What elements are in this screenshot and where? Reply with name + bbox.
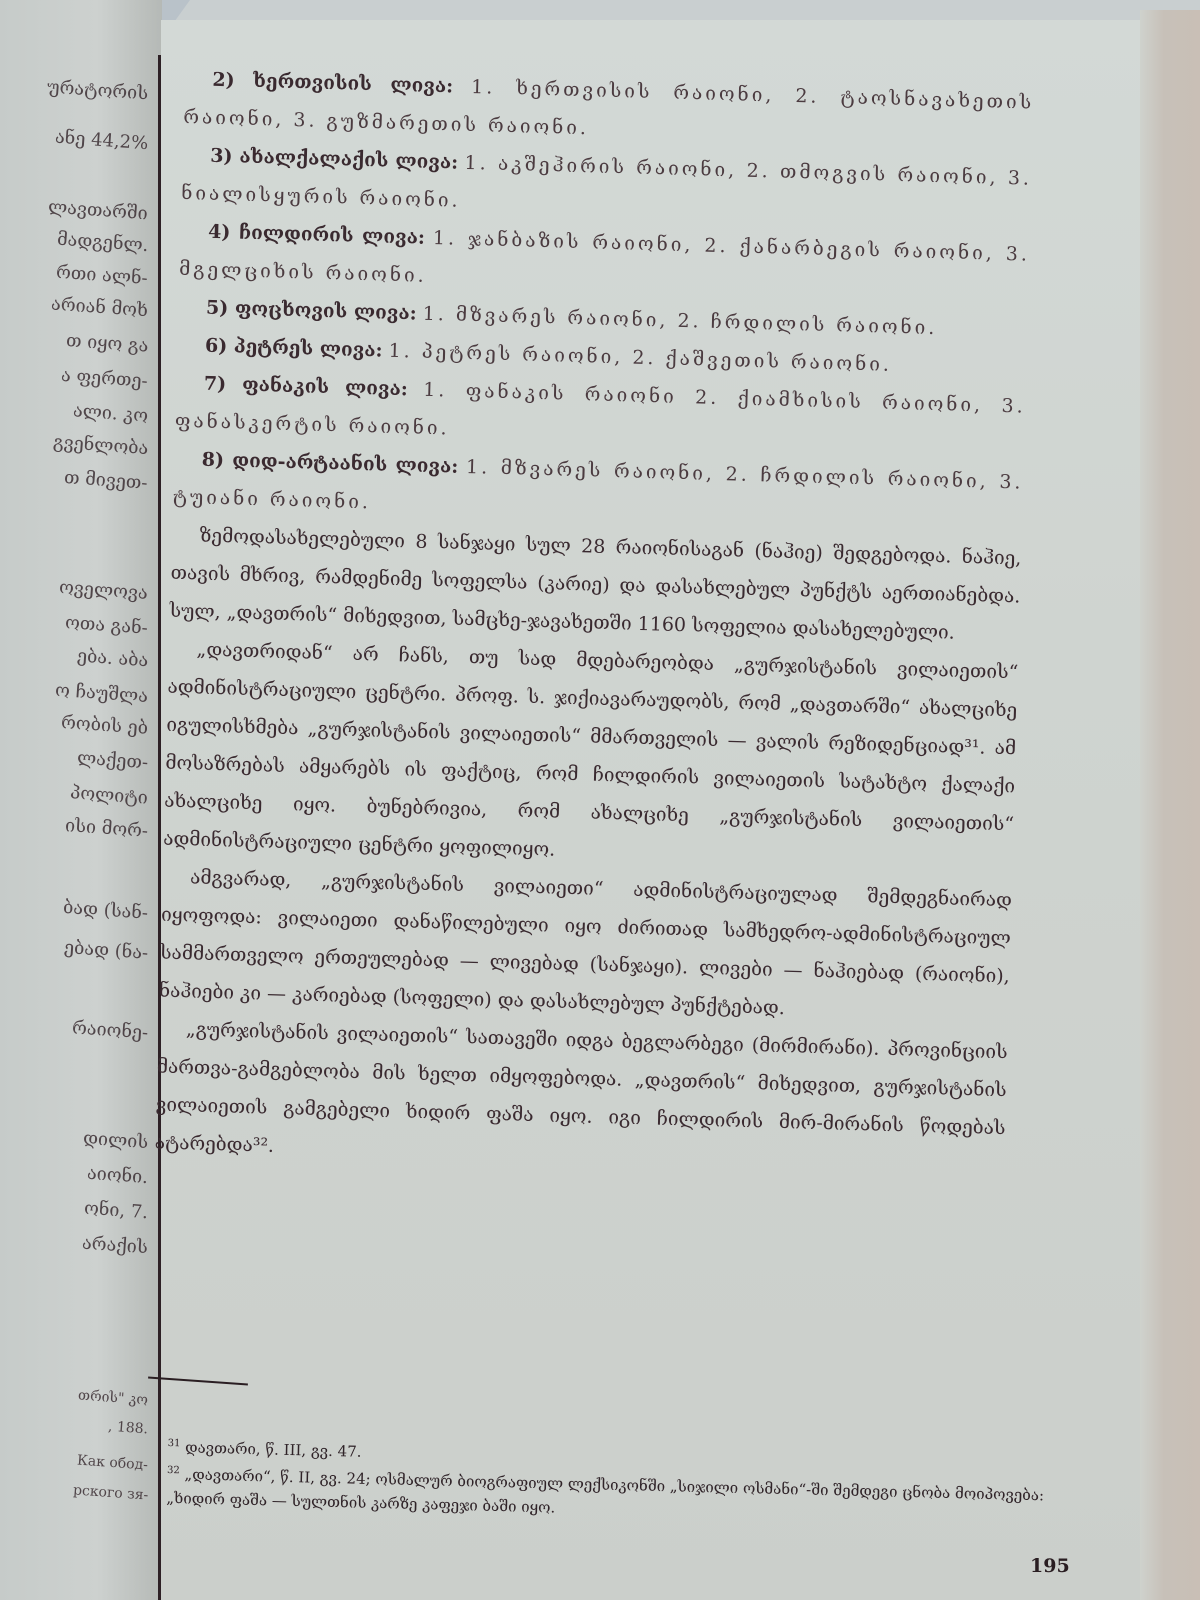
body-paragraph: „დავთრიდან“ არ ჩანს, თუ სად მდებარეობდა … bbox=[163, 630, 1019, 882]
left-page-fragment: ა ფერთე- bbox=[61, 365, 149, 392]
left-page-fragment: თრის" კო bbox=[78, 1388, 149, 1409]
footnote-number: 32 bbox=[167, 1465, 180, 1476]
left-page-fragment: დილის bbox=[82, 1128, 149, 1154]
page-number: 195 bbox=[1030, 1555, 1070, 1577]
left-page-fragment: , 188. bbox=[107, 1419, 148, 1438]
liva-districts: 1. პეტრეს რაიონი, 2. ქაშვეთის რაიონი. bbox=[388, 340, 892, 376]
liva-heading: 3) ახალქალაქის ლივა: bbox=[210, 145, 458, 174]
left-page-fragment: მადგენლ. bbox=[56, 229, 149, 256]
liva-heading: 7) ფანაკის ლივა: bbox=[204, 373, 408, 401]
left-page-fragment: არიან მოხ bbox=[50, 294, 148, 322]
liva-heading: 2) ხერთვისის ლივა: bbox=[212, 69, 453, 98]
left-page-fragment: ოველოვა bbox=[59, 577, 149, 604]
left-page-fragment: პოლიტი bbox=[69, 782, 148, 808]
left-page-fragment: ოთა გან- bbox=[65, 612, 149, 639]
left-page-fragment: ლავთარში bbox=[48, 197, 149, 225]
left-page-fragment: თ იყო გა bbox=[65, 330, 149, 357]
left-page-fragment: ება. აბა bbox=[76, 646, 149, 672]
footnote-number: 31 bbox=[168, 1438, 181, 1449]
liva-districts: 1. მზვარეს რაიონი, 2. ჩრდილის რაიონი. bbox=[422, 303, 937, 339]
liva-heading: 4) ჩილდირის ლივა: bbox=[208, 221, 425, 249]
left-page-fragment: Как обод- bbox=[76, 1453, 148, 1474]
liva-heading: 5) ფოცხოვის ლივა: bbox=[206, 297, 417, 325]
page-edge bbox=[1140, 10, 1200, 1600]
left-page-fragment: რთი ალნ- bbox=[56, 262, 149, 289]
liva-heading: 6) პეტრეს ლივა: bbox=[205, 335, 383, 362]
left-page-fragment: ისი მორ- bbox=[64, 815, 148, 842]
left-page-fragment: ბად (სან- bbox=[62, 897, 148, 924]
left-page-fragment: ანე 44,2% bbox=[54, 127, 149, 154]
left-page-fragment: რაიონე- bbox=[71, 1017, 148, 1043]
left-page-fragment: აიონი. bbox=[86, 1163, 148, 1188]
left-page-fragment: ებად (ნა- bbox=[63, 937, 148, 964]
left-page: ურატორის ანე 44,2% ლავთარში მადგენლ. რთი… bbox=[0, 0, 162, 1600]
liva-heading: 8) დიდ-არტაანის ლივა: bbox=[202, 449, 459, 478]
main-text: 2) ხერთვისის ლივა: 1. ხერთვისის რაიონი, … bbox=[154, 60, 1034, 1185]
left-page-fragment: გვენლობა bbox=[52, 432, 149, 460]
left-page-fragment: ო ჩაუშლა bbox=[54, 680, 148, 707]
left-page-fragment: ალი. კო bbox=[72, 400, 148, 426]
body-paragraph: ამგვარად, „გურჯისტანის ვილაიეთი“ ადმინის… bbox=[158, 858, 1012, 1034]
left-page-fragment: ლაქეთ- bbox=[76, 748, 148, 774]
left-page-fragment: თ მივეთ- bbox=[64, 467, 149, 494]
left-page-fragment: рского зя- bbox=[72, 1482, 148, 1503]
left-page-fragment: არაქის bbox=[82, 1233, 149, 1259]
left-page-fragment: ურატორის bbox=[46, 76, 148, 104]
footnote-text: დავთარი, წ. III, გვ. 47. bbox=[185, 1438, 362, 1460]
left-page-fragment: ონი, 7. bbox=[83, 1198, 148, 1223]
left-page-fragment: რობის ებ bbox=[60, 712, 148, 739]
body-paragraph: „გურჯისტანის ვილაიეთის“ სათავეში იდგა ბე… bbox=[154, 1010, 1008, 1186]
